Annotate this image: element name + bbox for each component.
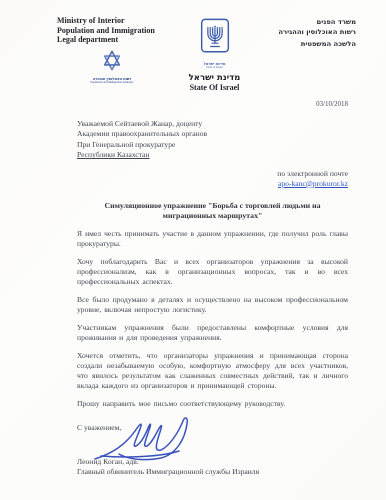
israel-state-emblem-icon bbox=[197, 17, 233, 57]
delivery-method-label: по электронной почте bbox=[77, 169, 348, 179]
paragraph-4: Участникам упражнения были предоставлены… bbox=[77, 323, 348, 343]
signer-title: Главный обвинитель Иммиграционной службы… bbox=[77, 467, 348, 478]
paragraph-6: Прошу направить мое письмо соответствующ… bbox=[77, 399, 348, 409]
closing-block: С уважением, Леонид Коган, адв. Главный … bbox=[77, 423, 348, 478]
ministry-he-line1: משרד הפנים bbox=[244, 18, 356, 28]
letter-body: Уважаемой Сейтаевой Жанар, доценту Акаде… bbox=[0, 119, 386, 478]
recipient-line1: Уважаемой Сейтаевой Жанар, доценту bbox=[77, 119, 348, 130]
state-of-israel-hebrew: מדינת ישראל bbox=[185, 73, 244, 83]
ministry-hebrew-block: משרד הפנים רשות האוכלוסין וההגירה הלשכה … bbox=[244, 18, 356, 50]
recipient-line2: Академии правоохранительных органов bbox=[77, 129, 348, 140]
ministry-he-line2: רשות האוכלוסין וההגירה bbox=[244, 28, 356, 38]
handwritten-signature-icon bbox=[91, 413, 211, 465]
ministry-en-line1: Ministry of Interior bbox=[57, 16, 185, 26]
ministry-he-line3: הלשכה המשפטית bbox=[244, 40, 356, 50]
paragraph-3: Все было продумано в деталях и осуществл… bbox=[77, 295, 348, 315]
subject-line1: Симуляционное упражнение "Борьба с торго… bbox=[77, 201, 348, 211]
state-emblem-block: מדינת ישראל State of Israel מדינת ישראל … bbox=[185, 17, 244, 93]
subject-line2: миграционных маршрутах" bbox=[77, 211, 348, 221]
recipient-line3: При Генеральной прокуратуре bbox=[77, 140, 348, 151]
authority-logo-english-caption: Population and Immigration Authority bbox=[57, 81, 167, 85]
population-authority-logo: רשות האוכלוסין וההגירה Population and Im… bbox=[57, 49, 167, 85]
letter-page: Ministry of Interior Population and Immi… bbox=[0, 0, 386, 500]
ministry-english-block: Ministry of Interior Population and Immi… bbox=[57, 16, 185, 84]
recipient-line4: Республики Казахстан bbox=[77, 150, 348, 161]
letter-subject: Симуляционное упражнение "Борьба с торго… bbox=[77, 201, 348, 221]
state-of-israel-english: State Of Israel bbox=[185, 83, 244, 93]
ministry-en-line3: Legal department bbox=[57, 35, 185, 45]
recipient-address: Уважаемой Сейтаевой Жанар, доценту Акаде… bbox=[77, 119, 348, 161]
star-of-david-figures-icon bbox=[100, 49, 124, 72]
ministry-en-line2: Population and Immigration bbox=[57, 26, 185, 36]
delivery-method-block: по электронной почте apo-kanc@prokuror.k… bbox=[77, 169, 348, 189]
paragraph-2: Хочу поблагодарить Вас и всех организато… bbox=[77, 257, 348, 287]
emblem-english-caption: State of Israel bbox=[185, 66, 244, 70]
letter-date: 03/10/2018 bbox=[0, 100, 386, 108]
recipient-email-link[interactable]: apo-kanc@prokuror.kz bbox=[278, 179, 348, 188]
paragraph-5: Хочется отметить, что организаторы упраж… bbox=[77, 351, 348, 391]
letterhead: Ministry of Interior Population and Immi… bbox=[0, 0, 386, 93]
paragraph-1: Я имел честь принимать участие в данном … bbox=[77, 229, 348, 249]
